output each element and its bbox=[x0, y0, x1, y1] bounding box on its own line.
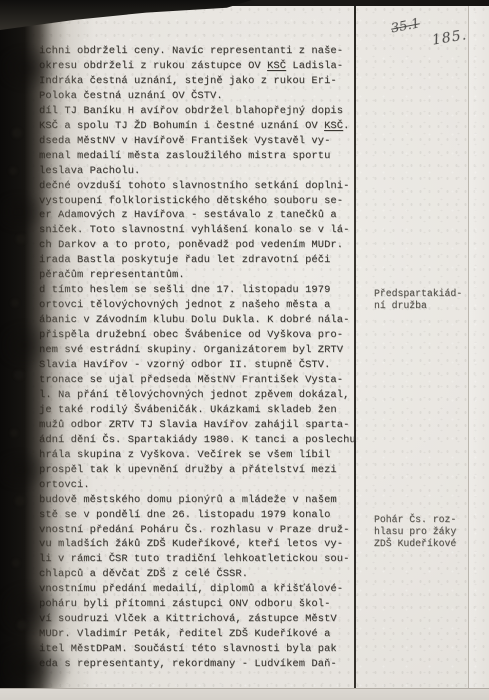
scanned-page: ichni obdrželi ceny. Navíc representanti… bbox=[0, 0, 489, 700]
underlined-text: KSČ bbox=[267, 60, 286, 72]
handwritten-crossed-number: 35.1 bbox=[390, 16, 421, 36]
margin-note: Pohár Čs. roz- hlasu pro žáky ZDŠ Kudeří… bbox=[374, 514, 456, 549]
binding-shadow bbox=[0, 0, 94, 700]
page-edge-bottom bbox=[0, 688, 489, 700]
margin-note: Předspartakiád- ní družba bbox=[374, 288, 462, 312]
margin-rule bbox=[354, 0, 356, 688]
underlined-text: KSČ bbox=[324, 120, 343, 132]
handwritten-page-number: 185. bbox=[431, 27, 468, 48]
page-edge-right bbox=[468, 6, 489, 690]
